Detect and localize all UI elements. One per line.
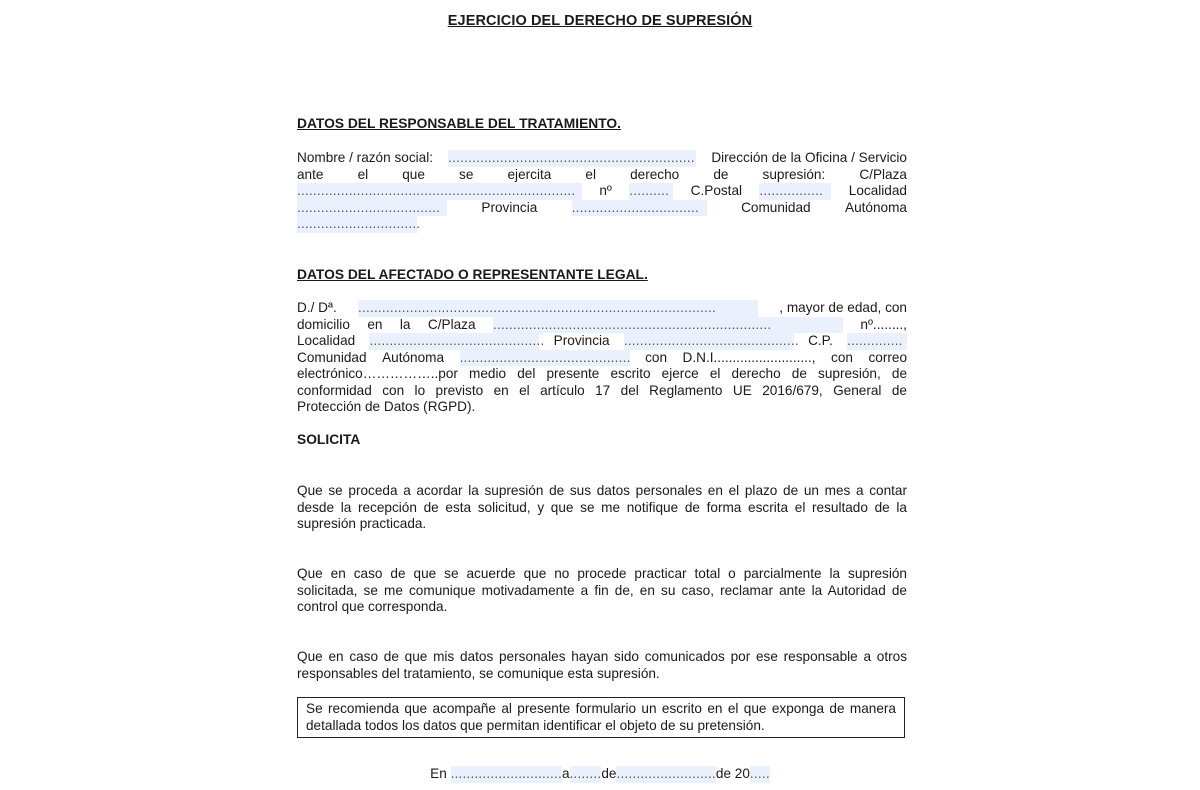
date-de-year: de 20 <box>716 766 750 781</box>
text-word: con <box>831 350 853 367</box>
text-line: D./ Dª. ................................… <box>297 300 907 317</box>
field-year[interactable]: ..... <box>750 766 770 783</box>
label-autonoma: Autónoma <box>845 200 907 217</box>
field-nombre[interactable]: ........................................… <box>448 150 696 167</box>
label-cplaza: C/Plaza <box>859 167 907 184</box>
label-cplaza: C/Plaza <box>428 317 476 334</box>
label-numero: nº <box>599 183 612 200</box>
field-comunidad-autonoma[interactable]: ............................... <box>297 216 417 233</box>
text-line: Comunidad Autónoma .....................… <box>297 350 907 367</box>
label-direccion: Dirección de la Oficina / Servicio <box>711 150 907 167</box>
section-heading-solicita: SOLICITA <box>297 432 360 447</box>
text-word: el <box>585 167 596 184</box>
text-line: ........................................… <box>297 183 907 200</box>
text-word: domicilio <box>297 317 350 334</box>
text-word: en <box>367 317 382 334</box>
label-provincia: Provincia <box>554 333 610 350</box>
text-rgpd-line: Protección de Datos (RGPD). <box>297 399 475 416</box>
label-comunidad: Comunidad <box>297 350 367 367</box>
section-heading-afectado: DATOS DEL AFECTADO O REPRESENTANTE LEGAL… <box>297 267 648 282</box>
field-cpostal[interactable]: ................ <box>759 183 831 200</box>
solicita-paragraph-3: Que en caso de que mis datos personales … <box>297 649 907 682</box>
label-don-dona: D./ Dª. <box>297 300 337 317</box>
text-word: la <box>400 317 411 334</box>
text-word: derecho <box>630 167 679 184</box>
text-line: .................................... Pro… <box>297 200 907 217</box>
text-line: domicilio en la C/Plaza ................… <box>297 317 907 334</box>
label-provincia: Provincia <box>481 200 537 217</box>
solicita-paragraph-2: Que en caso de que se acuerde que no pro… <box>297 566 907 616</box>
text-word: con <box>645 350 667 367</box>
text-word: se <box>459 167 473 184</box>
text-line: Protección de Datos (RGPD). <box>297 399 907 416</box>
text-conformidad-line: conformidad con lo previsto en el artícu… <box>297 383 907 400</box>
field-dni[interactable]: D.N.I.........................., <box>683 350 816 367</box>
text-word: el <box>358 167 369 184</box>
solicita-paragraph-1: Que se proceda a acordar la supresión de… <box>297 483 907 533</box>
label-autonoma: Autónoma <box>382 350 444 367</box>
label-cp: C.P. <box>808 333 833 350</box>
date-prefix: En <box>430 766 447 781</box>
field-domicilio[interactable]: ........................................… <box>493 317 843 334</box>
text-line: ante el que se ejercita el derecho de su… <box>297 167 907 184</box>
date-de: de <box>601 766 616 781</box>
section-responsable-body: Nombre / razón social: .................… <box>297 150 907 233</box>
field-localidad[interactable]: .................................... <box>297 200 447 217</box>
field-provincia[interactable]: ................................ <box>572 200 707 217</box>
text-word: supresión: <box>763 167 826 184</box>
date-line: En ............................a........… <box>0 766 1200 783</box>
label-nombre: Nombre / razón social: <box>297 150 433 167</box>
text-email-line: electrónico……………..por medio del presente… <box>297 366 907 383</box>
text-word: que <box>402 167 425 184</box>
text-word: ante <box>297 167 323 184</box>
label-localidad: Localidad <box>297 333 355 350</box>
label-mayor-edad: , mayor de edad, con <box>779 300 907 317</box>
label-localidad: Localidad <box>849 183 907 200</box>
field-month[interactable]: ......................... <box>616 766 715 783</box>
field-place[interactable]: ............................ <box>451 766 562 783</box>
text-word: correo <box>868 350 907 367</box>
recommendation-box: Se recomienda que acompañe al presente f… <box>297 697 905 738</box>
field-cp[interactable]: .............. <box>847 333 907 350</box>
field-provincia[interactable]: ........................................… <box>624 333 794 350</box>
field-localidad[interactable]: ........................................… <box>369 333 539 350</box>
text-line: electrónico……………..por medio del presente… <box>297 366 907 383</box>
field-nombre-afectado[interactable]: ........................................… <box>358 300 758 317</box>
text-line: conformidad con lo previsto en el artícu… <box>297 383 907 400</box>
field-comunidad-autonoma[interactable]: ........................................… <box>460 350 630 367</box>
label-cpostal: C.Postal <box>691 183 742 200</box>
field-cplaza[interactable]: ........................................… <box>297 183 582 200</box>
field-day[interactable]: ........ <box>570 766 602 783</box>
document-title: EJERCICIO DEL DERECHO DE SUPRESIÓN <box>0 13 1200 29</box>
section-afectado-body: D./ Dª. ................................… <box>297 300 907 416</box>
field-numero[interactable]: nº........, <box>860 317 907 334</box>
text-line: ............................... <box>297 216 907 233</box>
text-word: ejercita <box>507 167 551 184</box>
date-a: a <box>562 766 570 781</box>
field-numero[interactable]: .......... <box>629 183 673 200</box>
text-word: de <box>713 167 728 184</box>
section-heading-responsable: DATOS DEL RESPONSABLE DEL TRATAMIENTO. <box>297 116 621 131</box>
text-line: Nombre / razón social: .................… <box>297 150 907 167</box>
text-line: Localidad ..............................… <box>297 333 907 350</box>
label-comunidad: Comunidad <box>741 200 811 217</box>
